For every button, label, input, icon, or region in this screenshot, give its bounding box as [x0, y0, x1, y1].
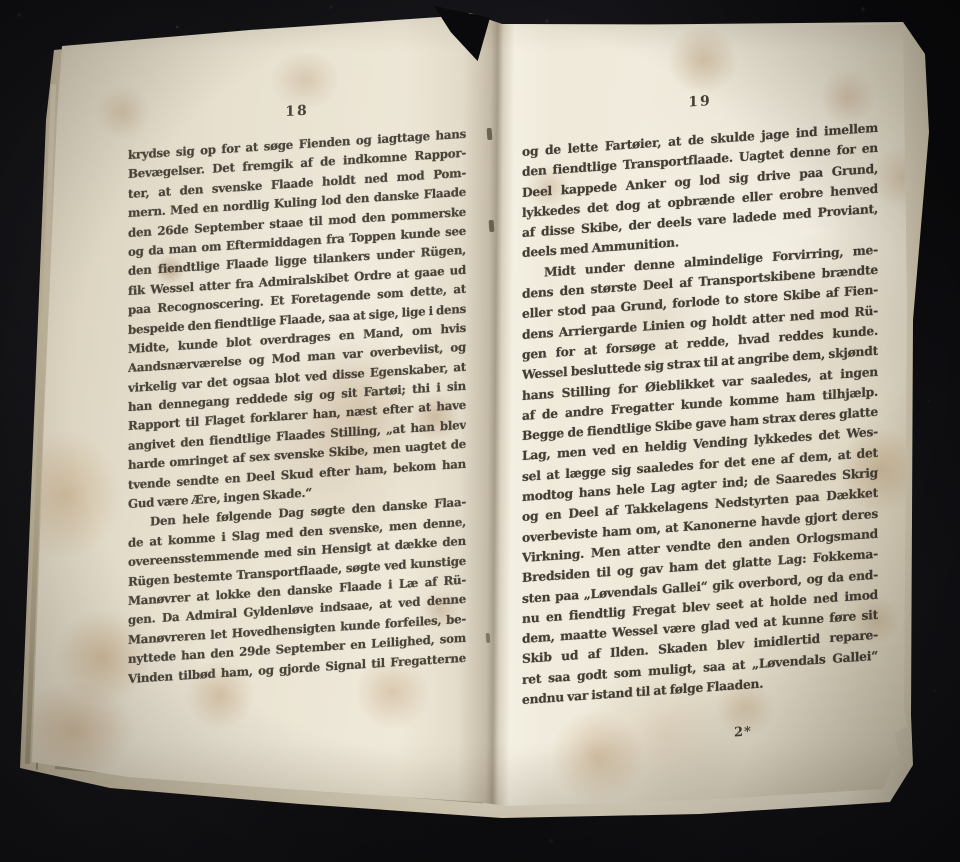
photo-scene: 18 krydse sig op for at søge Fienden og … — [0, 0, 960, 862]
surface-stains-overlay — [0, 0, 960, 862]
